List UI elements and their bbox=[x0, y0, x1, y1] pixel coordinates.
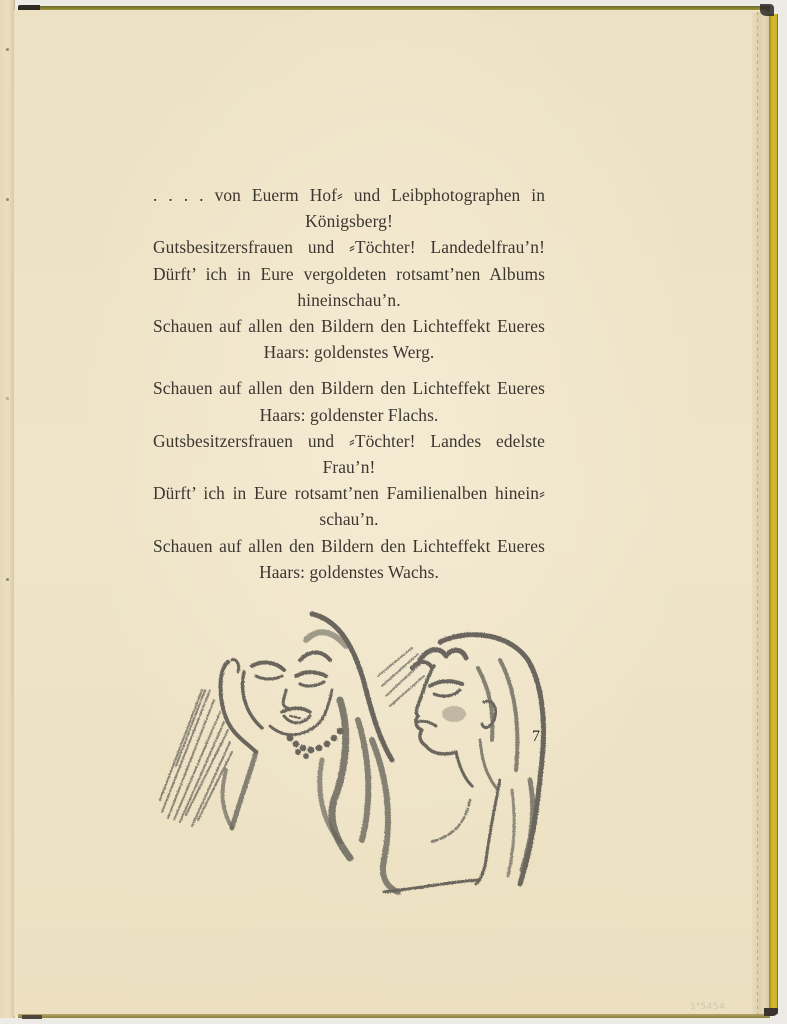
top-right-corner bbox=[760, 4, 774, 16]
poem-line: Haars: goldenstes Werg. bbox=[153, 339, 545, 365]
gutter-mark bbox=[6, 397, 9, 400]
poem-line: Gutsbesitzersfrauen und ⸗Töchter! Landes… bbox=[153, 428, 545, 454]
bottom-left-corner bbox=[22, 1015, 42, 1019]
page-bottom-edge bbox=[18, 1014, 770, 1018]
poem-line: Gutsbesitzersfrauen und ⸗Töchter! Landed… bbox=[153, 234, 545, 260]
poem-line: Haars: goldenster Flachs. bbox=[153, 402, 545, 428]
previous-leaf-edge bbox=[0, 0, 15, 1018]
poem-line: Haars: goldenstes Wachs. bbox=[153, 559, 545, 585]
page-number: 7 bbox=[532, 728, 540, 746]
poem-line: schau’n. bbox=[153, 506, 545, 532]
poem-text: . . . . von Euerm Hof⸗ und Leibphotograp… bbox=[153, 182, 545, 585]
poem-line: hineinschau’n. bbox=[153, 287, 545, 313]
page-stack-edge bbox=[752, 12, 770, 1016]
poem-line: Schauen auf allen den Bildern den Lichte… bbox=[153, 375, 545, 401]
poem-line: Schauen auf allen den Bildern den Lichte… bbox=[153, 533, 545, 559]
stanza-2: Schauen auf allen den Bildern den Lichte… bbox=[153, 375, 545, 585]
yellow-binding-edge bbox=[769, 14, 778, 1014]
lithograph-illustration bbox=[150, 605, 560, 905]
poem-line: . . . . von Euerm Hof⸗ und Leibphotograp… bbox=[153, 182, 545, 208]
stanza-1: . . . . von Euerm Hof⸗ und Leibphotograp… bbox=[153, 182, 545, 365]
gutter-mark bbox=[6, 578, 9, 581]
poem-line: Königsberg! bbox=[153, 208, 545, 234]
gutter-mark bbox=[6, 198, 9, 201]
poem-line: Frau’n! bbox=[153, 454, 545, 480]
accession-mark: 1⁴5454 bbox=[690, 1002, 725, 1012]
poem-line: Schauen auf allen den Bildern den Lichte… bbox=[153, 313, 545, 339]
gutter-mark bbox=[6, 48, 9, 51]
bottom-right-corner bbox=[764, 1008, 778, 1016]
poem-line: Dürft’ ich in Eure rotsamt’nen Familiena… bbox=[153, 480, 545, 506]
poem-line: Dürft’ ich in Eure vergoldeten rotsamt’n… bbox=[153, 261, 545, 287]
